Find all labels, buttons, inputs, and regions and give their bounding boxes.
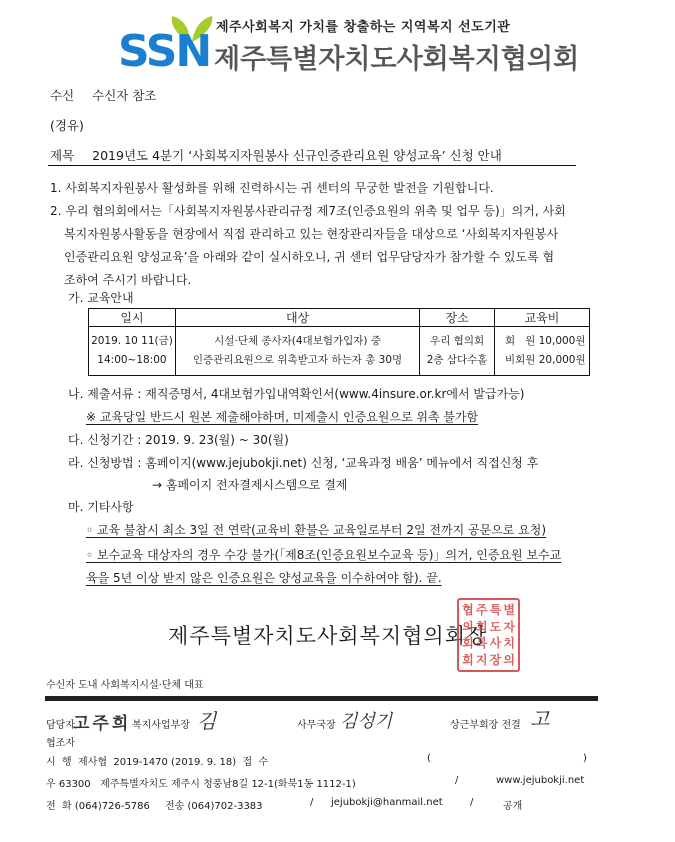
staff-signature: 고주희 <box>73 709 131 734</box>
cell-place: 우리 협의회 2층 삼다수홀 <box>420 327 495 376</box>
seal-char: 회 <box>475 619 489 636</box>
director-signature: 김성기 <box>340 707 392 733</box>
footer-divider <box>45 696 598 701</box>
seal-char: 협 <box>461 602 475 619</box>
seal-char: 주 <box>475 602 489 619</box>
cell-date: 2019. 10 11(금) 14:00~18:00 <box>89 327 176 376</box>
cooperator-label: 협조자 <box>46 734 75 749</box>
header-date: 일시 <box>89 309 176 327</box>
recipients-list: 수신자 도내 사회복지시설·단체 대표 <box>46 676 204 691</box>
time-value: 14:00~18:00 <box>89 351 175 370</box>
body-item-2-line-4: 조하여 주시기 바랍니다. <box>64 271 191 288</box>
section-da: 다. 신청기간 : 2019. 9. 23(월) ~ 30(월) <box>68 431 289 448</box>
postal-address: 우 63300 제주특별자치도 제주시 청풍남8길 12-1(화북1동 1112… <box>46 775 356 790</box>
seal-char: 복 <box>475 635 489 652</box>
recipient-label: 수신 <box>50 88 74 103</box>
manager-label: 복지사업부장 <box>132 716 190 731</box>
official-seal-stamp: 협 주 특 별 의 회 도 자 회 복 사 치 회 지 장 의 <box>457 598 520 672</box>
separator: / <box>310 797 313 808</box>
body-item-2-line-2: 복지자원봉사활동을 현장에서 직접 관리하고 있는 현장관리자들을 대상으로 ‘… <box>64 225 558 242</box>
cell-fee: 회 원 10,000원 비회원 20,000원 <box>494 327 589 376</box>
phone-number: 전 화 (064)726-5786 <box>46 797 150 812</box>
slogan: 제주사회복지 가치를 창출하는 지역복지 선도기관 <box>216 16 510 35</box>
sender-name: 제주특별자치도사회복지협의회장 <box>168 620 487 650</box>
section-ma: 마. 기타사항 <box>68 498 134 515</box>
section-ra-cont: → 홈페이지 전자결제시스템으로 결제 <box>152 476 347 493</box>
section-ra: 라. 신청방법 : 홈페이지(www.jejubokji.net) 신청, ‘교… <box>68 454 538 471</box>
ma-bullet-2-line-1: ◦ 보수교육 대상자의 경우 수강 불가(「제8조(인증요원보수교육 등)」의거… <box>86 546 561 563</box>
disclosure-status: 공개 <box>503 797 522 812</box>
staff-label: 담당자 <box>46 716 75 731</box>
ma-bullet-1: ◦ 교육 불참시 최소 3일 전 연락(교육비 환불은 교육일로부터 2일 전까… <box>86 521 546 538</box>
body-item-2-line-3: 인증관리요원 양성교육’을 아래와 같이 실시하오니, 귀 센터 업무담당자가 … <box>64 248 554 265</box>
enforcement-number: 시 행 제사협 2019-1470 (2019. 9. 18) 접 수 <box>46 753 268 768</box>
separator: / <box>470 797 473 808</box>
manager-signature: 김 <box>197 705 216 734</box>
subject-divider <box>48 165 576 166</box>
header-target: 대상 <box>175 309 419 327</box>
table-header-row: 일시 대상 장소 교육비 <box>89 309 590 327</box>
recipient-row: 수신 수신자 참조 <box>50 86 157 104</box>
target-line-1: 시설·단체 종사자(4대보험가입자) 중 <box>176 332 419 351</box>
seal-char: 회 <box>461 635 475 652</box>
seal-char: 지 <box>475 652 489 669</box>
body-item-1: 1. 사회복지자원봉사 활성화를 위해 진력하시는 귀 센터의 무궁한 발전을 … <box>50 179 494 196</box>
fee-nonmember: 비회원 20,000원 <box>495 351 589 370</box>
seal-char: 의 <box>502 652 516 669</box>
vp-label: 상근부회장 전결 <box>450 716 521 731</box>
seal-char: 사 <box>489 635 503 652</box>
director-label: 사무국장 <box>297 716 336 731</box>
organization-name: 제주특별자치도사회복지협의회 <box>214 37 579 76</box>
section-ga: 가. 교육안내 <box>68 289 134 306</box>
date-value: 2019. 10 11(금) <box>89 332 175 351</box>
seal-char: 특 <box>489 602 503 619</box>
seal-char: 자 <box>502 619 516 636</box>
subject-row: 제목 2019년도 4분기 ‘사회복지자원봉사 신규인증관리요원 양성교육’ 신… <box>50 146 502 164</box>
section-na: 나. 제출서류 : 재직증명서, 4대보험가입내역확인서(www.4insure… <box>68 385 524 402</box>
fee-member: 회 원 10,000원 <box>495 332 589 351</box>
seal-char: 장 <box>489 652 503 669</box>
reception-close: ) <box>583 753 587 764</box>
body-item-2-line-1: 2. 우리 협의회에서는「사회복지자원봉사관리규정 제7조(인증요원의 위촉 및… <box>50 202 566 219</box>
cell-target: 시설·단체 종사자(4대보험가입자) 중 인증관리요원으로 위촉받고자 하는자 … <box>175 327 419 376</box>
subject-label: 제목 <box>50 148 74 163</box>
fax-number: 전송 (064)702-3383 <box>165 797 263 812</box>
ma-bullet-2-line-2: 육을 5년 이상 받지 않은 인증요원은 양성교육을 이수하여야 함). 끝. <box>86 569 442 586</box>
website-link[interactable]: www.jejubokji.net <box>496 775 584 786</box>
place-line-1: 우리 협의회 <box>420 332 494 351</box>
subject-value: 2019년도 4분기 ‘사회복지자원봉사 신규인증관리요원 양성교육’ 신청 안… <box>92 148 502 163</box>
place-line-2: 2층 삼다수홀 <box>420 351 494 370</box>
seal-char: 도 <box>489 619 503 636</box>
target-line-2: 인증관리요원으로 위촉받고자 하는자 총 30명 <box>176 351 419 370</box>
reception-open: ( <box>427 753 431 764</box>
separator: / <box>455 775 458 786</box>
seal-char: 치 <box>502 635 516 652</box>
seal-char: 회 <box>461 652 475 669</box>
education-table: 일시 대상 장소 교육비 2019. 10 11(금) 14:00~18:00 … <box>88 308 590 376</box>
via-text: (경유) <box>50 116 84 134</box>
vp-signature: 고 <box>530 703 549 732</box>
email-link[interactable]: jejubokji@hanmail.net <box>331 797 443 808</box>
section-na-note: ※ 교육당일 반드시 원본 제출해야하며, 미제출시 인증요원으로 위촉 불가함 <box>86 408 478 425</box>
header-fee: 교육비 <box>494 309 589 327</box>
recipient-value: 수신자 참조 <box>92 88 156 103</box>
seal-char: 별 <box>502 602 516 619</box>
logo-ssn: SSN <box>118 30 210 74</box>
seal-char: 의 <box>461 619 475 636</box>
table-row: 2019. 10 11(금) 14:00~18:00 시설·단체 종사자(4대보… <box>89 327 590 376</box>
header-place: 장소 <box>420 309 495 327</box>
